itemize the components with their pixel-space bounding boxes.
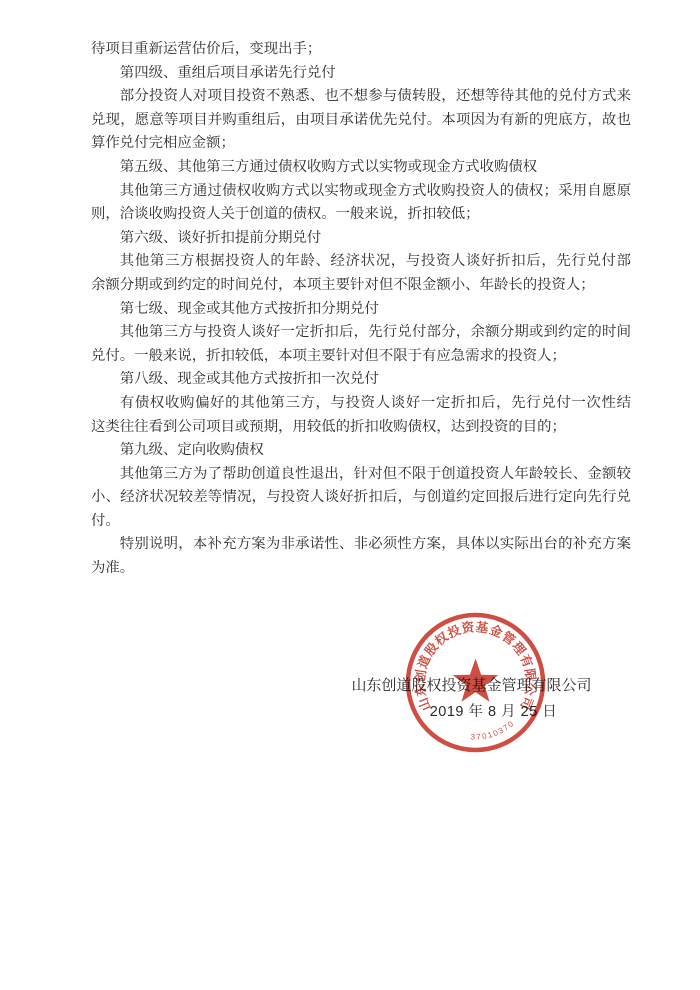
document-body: 待项目重新运营估价后，变现出手；第四级、重组后项目承诺先行兑付部分投资人对项目投… (91, 38, 631, 581)
seal-star-icon (453, 659, 499, 702)
text-line: 第七级、现金或其他方式按折扣分期兑付 (91, 298, 631, 322)
text-line: 第六级、谈好折扣提前分期兑付 (91, 227, 631, 251)
text-line: 兑付。一般来说，折扣较低，本项主要针对但不限于有应急需求的投资人； (91, 345, 631, 369)
text-line: 算作兑付完相应金额； (91, 132, 631, 156)
svg-text:37010370: 37010370 (470, 718, 516, 741)
text-line: 为准。 (91, 557, 631, 581)
text-line: 待项目重新运营估价后，变现出手； (91, 38, 631, 62)
text-line: 第四级、重组后项目承诺先行兑付 (91, 62, 631, 86)
text-line: 其他第三方通过债权收购方式以实物或现金方式收购投资人的债权；采用自愿原 (91, 180, 631, 204)
text-line: 其他第三方根据投资人的年龄、经济状况，与投资人谈好折扣后，先行兑付部分， (91, 250, 631, 274)
text-line: 兑现，愿意等项目并购重组后，由项目承诺优先兑付。本项因为有新的兜底方，故也 (91, 109, 631, 133)
document-page: 待项目重新运营估价后，变现出手；第四级、重组后项目承诺先行兑付部分投资人对项目投… (0, 0, 700, 990)
text-line: 第八级、现金或其他方式按折扣一次兑付 (91, 368, 631, 392)
text-line: 小、经济状况较差等情况，与投资人谈好折扣后，与创道约定回报后进行定向先行兑 (91, 486, 631, 510)
text-line: 这类往往看到公司项目或预期，用较低的折扣收购债权，达到投资的目的； (91, 416, 631, 440)
text-line: 有债权收购偏好的其他第三方，与投资人谈好一定折扣后，先行兑付一次性结清； (91, 392, 631, 416)
company-seal-stamp: 山东创道股权投资基金管理有限公司 37010370 (395, 598, 565, 768)
text-line: 余额分期或到约定的时间兑付，本项主要针对但不限金额小、年龄长的投资人； (91, 274, 631, 298)
text-line: 则，洽谈收购投资人关于创道的债权。一般来说，折扣较低； (91, 203, 631, 227)
seal-code-text: 37010370 (470, 718, 516, 741)
text-line: 第五级、其他第三方通过债权收购方式以实物或现金方式收购债权 (91, 156, 631, 180)
text-line: 其他第三方为了帮助创道良性退出，针对但不限于创道投资人年龄较长、金额较 (91, 463, 631, 487)
text-line: 第九级、定向收购债权 (91, 439, 631, 463)
text-line: 付。 (91, 510, 631, 534)
text-line: 其他第三方与投资人谈好一定折扣后，先行兑付部分，余额分期或到约定的时间 (91, 321, 631, 345)
text-line: 特别说明，本补充方案为非承诺性、非必须性方案，具体以实际出台的补充方案 (91, 533, 631, 557)
text-line: 部分投资人对项目投资不熟悉、也不想参与债转股，还想等待其他的兑付方式来 (91, 85, 631, 109)
